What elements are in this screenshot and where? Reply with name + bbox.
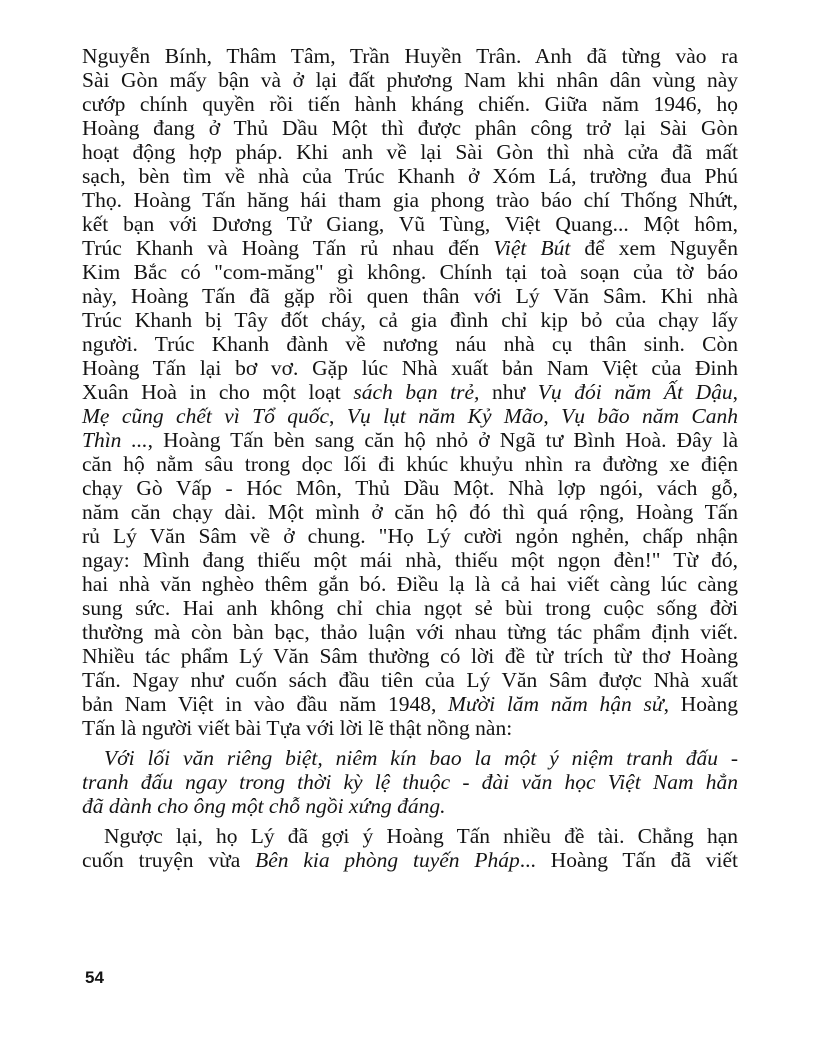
book-title: Vụ bão năm Canh bbox=[561, 404, 738, 428]
text-line: Nguyễn Bính, Thâm Tâm, Trần Huyền Trân. … bbox=[82, 44, 738, 68]
book-title: Vụ đói năm Ất Dậu bbox=[538, 380, 733, 404]
text-line: Sài Gòn mấy bận và ở lại đất phương Nam … bbox=[82, 68, 738, 92]
page-number: 54 bbox=[85, 968, 104, 988]
text-line: rủ Lý Văn Sâm về ở chung. "Họ Lý cười ng… bbox=[82, 524, 738, 548]
series-title: sách bạn trẻ, bbox=[353, 380, 479, 404]
text-line: Hoàng đang ở Thủ Dầu Một thì được phân c… bbox=[82, 116, 738, 140]
text-line: Tấn. Ngay như cuốn sách đầu tiên của Lý … bbox=[82, 668, 738, 692]
book-title: Mẹ cũng chết vì Tổ quốc bbox=[82, 404, 329, 428]
quote-line: Với lối văn riêng biệt, niêm kín bao la … bbox=[104, 746, 738, 770]
text-line: Mẹ cũng chết vì Tổ quốc, Vụ lụt năm Kỷ M… bbox=[82, 404, 738, 428]
text-line: người. Trúc Khanh đành về nương náu nhà … bbox=[82, 332, 738, 356]
text-line: chạy Gò Vấp - Hóc Môn, Thủ Dầu Một. Nhà … bbox=[82, 476, 738, 500]
text-line: Tấn là người viết bài Tựa với lời lẽ thậ… bbox=[82, 716, 738, 740]
text-line: cuốn truyện vừa Bên kia phòng tuyến Pháp… bbox=[82, 848, 738, 872]
text-line: Ngược lại, họ Lý đã gợi ý Hoàng Tấn nhiề… bbox=[104, 824, 738, 848]
text-line: Thọ. Hoàng Tấn hăng hái tham gia phong t… bbox=[82, 188, 738, 212]
book-title: Thìn ... bbox=[82, 428, 148, 452]
text-line: thường mà còn bàn bạc, thảo luận với nha… bbox=[82, 620, 738, 644]
text-line: Kim Bắc có "com-măng" gì không. Chính tạ… bbox=[82, 260, 738, 284]
text-line: căn hộ nằm sâu trong dọc lối đi khúc khu… bbox=[82, 452, 738, 476]
book-page: Nguyễn Bính, Thâm Tâm, Trần Huyền Trân. … bbox=[0, 0, 816, 1056]
text-line: sung sức. Hai anh không chỉ chia ngọt sẻ… bbox=[82, 596, 738, 620]
text-line: Xuân Hoà in cho một loạt sách bạn trẻ, n… bbox=[82, 380, 738, 404]
text-line: Hoàng Tấn lại bơ vơ. Gặp lúc Nhà xuất bả… bbox=[82, 356, 738, 380]
book-title: Vụ lụt năm Kỷ Mão bbox=[347, 404, 543, 428]
text-line: hai nhà văn nghèo thêm gắn bó. Điều lạ l… bbox=[82, 572, 738, 596]
text-line: ngay: Mình đang thiếu một mái nhà, thiếu… bbox=[82, 548, 738, 572]
text-line: Thìn ..., Hoàng Tấn bèn sang căn hộ nhỏ … bbox=[82, 428, 738, 452]
text-line: cướp chính quyền rồi tiến hành kháng chi… bbox=[82, 92, 738, 116]
quote-line: đã dành cho ông một chỗ ngồi xứng đáng. bbox=[82, 794, 738, 818]
text-line: Nhiều tác phẩm Lý Văn Sâm thường có lời … bbox=[82, 644, 738, 668]
book-title: Mười lăm năm hận sử bbox=[448, 692, 664, 716]
text-line: bản Nam Việt in vào đầu năm 1948, Mười l… bbox=[82, 692, 738, 716]
newspaper-title: Việt Bút bbox=[493, 236, 570, 260]
text-line: hoạt động hợp pháp. Khi anh về lại Sài G… bbox=[82, 140, 738, 164]
quote-line: tranh đấu ngay trong thời kỳ lệ thuộc - … bbox=[82, 770, 738, 794]
book-title: Bên kia phòng tuyến Pháp bbox=[255, 848, 520, 872]
text-line: Trúc Khanh và Hoàng Tấn rủ nhau đến Việt… bbox=[82, 236, 738, 260]
text-line: Trúc Khanh bị Tây đốt cháy, cả gia đình … bbox=[82, 308, 738, 332]
text-line: kết bạn với Dương Tử Giang, Vũ Tùng, Việ… bbox=[82, 212, 738, 236]
text-line: này, Hoàng Tấn đã gặp rồi quen thân với … bbox=[82, 284, 738, 308]
text-line: sạch, bèn tìm về nhà của Trúc Khanh ở Xó… bbox=[82, 164, 738, 188]
text-line: năm căn chạy dài. Một mình ở căn hộ đó t… bbox=[82, 500, 738, 524]
